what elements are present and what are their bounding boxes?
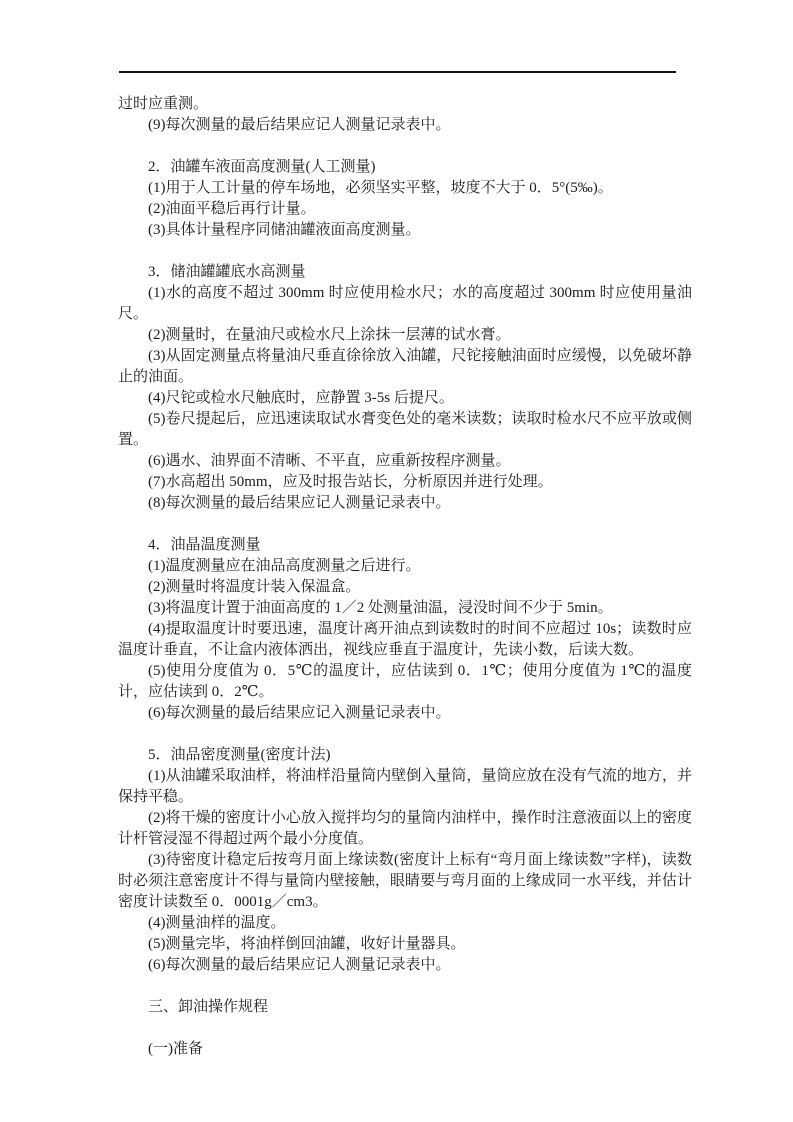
- paragraph: 3．储油罐罐底水高测量: [118, 262, 692, 283]
- paragraph: 4．油晶温度测量: [118, 535, 692, 556]
- blank-line: [118, 136, 692, 157]
- paragraph: 过时应重测。: [118, 94, 692, 115]
- paragraph: (2)油面平稳后再行计量。: [118, 199, 692, 220]
- paragraph: (2)测量时，在量油尺或检水尺上涂抹一层薄的试水膏。: [118, 325, 692, 346]
- blank-line: [118, 976, 692, 997]
- paragraph: (5)卷尺提起后，应迅速读取试水膏变色处的毫米读数；读取时检水尺不应平放或侧置。: [118, 409, 692, 451]
- blank-line: [118, 241, 692, 262]
- paragraph: 5．油品密度测量(密度计法): [118, 745, 692, 766]
- blank-line: [118, 724, 692, 745]
- paragraph: (5)测量完毕，将油样倒回油罐，收好计量器具。: [118, 934, 692, 955]
- paragraph: (1)温度测量应在油品高度测量之后进行。: [118, 556, 692, 577]
- paragraph: (6)遇水、油界面不清晰、不平直，应重新按程序测量。: [118, 451, 692, 472]
- paragraph: (4)提取温度计时要迅速，温度计离开油点到读数时的时间不应超过 10s；读数时应…: [118, 619, 692, 661]
- header-rule: [119, 71, 676, 73]
- paragraph: (1)从油罐采取油样，将油样沿量筒内壁倒入量筒，量筒应放在没有气流的地方，并保持…: [118, 766, 692, 808]
- paragraph: (3)待密度计稳定后按弯月面上缘读数(密度计上标有“弯月面上缘读数”字样)，读数…: [118, 850, 692, 913]
- paragraph: (7)水高超出 50mm，应及时报告站长，分析原因并进行处理。: [118, 472, 692, 493]
- paragraph: (4)尺铊或检水尺触底时，应静置 3-5s 后提尺。: [118, 388, 692, 409]
- paragraph: (4)测量油样的温度。: [118, 913, 692, 934]
- paragraph: (3)具体计量程序同储油罐液面高度测量。: [118, 220, 692, 241]
- paragraph: (1)用于人工计量的停车场地，必须坚实平整，坡度不大于 0．5°(5‰)。: [118, 178, 692, 199]
- paragraph: 2．油罐车液面高度测量(人工测量): [118, 157, 692, 178]
- paragraph: (6)每次测量的最后结果应记人测量记录表中。: [118, 955, 692, 976]
- paragraph: 三、卸油操作规程: [118, 997, 692, 1018]
- paragraph: (8)每次测量的最后结果应记人测量记录表中。: [118, 493, 692, 514]
- blank-line: [118, 514, 692, 535]
- paragraph: (2)将干燥的密度计小心放入搅拌均匀的量筒内油样中，操作时注意液面以上的密度计杆…: [118, 808, 692, 850]
- paragraph: (9)每次测量的最后结果应记人测量记录表中。: [118, 115, 692, 136]
- paragraph: (1)水的高度不超过 300mm 时应使用检水尺；水的高度超过 300mm 时应…: [118, 283, 692, 325]
- document-page: 过时应重测。(9)每次测量的最后结果应记人测量记录表中。2．油罐车液面高度测量(…: [0, 0, 793, 1122]
- blank-line: [118, 1018, 692, 1039]
- paragraph: (5)使用分度值为 0．5℃的温度计，应估读到 0．1℃；使用分度值为 1℃的温…: [118, 661, 692, 703]
- document-body: 过时应重测。(9)每次测量的最后结果应记人测量记录表中。2．油罐车液面高度测量(…: [118, 94, 692, 1060]
- paragraph: (2)测量时将温度计装入保温盒。: [118, 577, 692, 598]
- paragraph: (3)将温度计置于油面高度的 1／2 处测量油温，浸没时间不少于 5min。: [118, 598, 692, 619]
- paragraph: (一)准备: [118, 1039, 692, 1060]
- paragraph: (6)每次测量的最后结果应记入测量记录表中。: [118, 703, 692, 724]
- paragraph: (3)从固定测量点将量油尺垂直徐徐放入油罐，尺铊接触油面时应缓慢，以免破坏静止的…: [118, 346, 692, 388]
